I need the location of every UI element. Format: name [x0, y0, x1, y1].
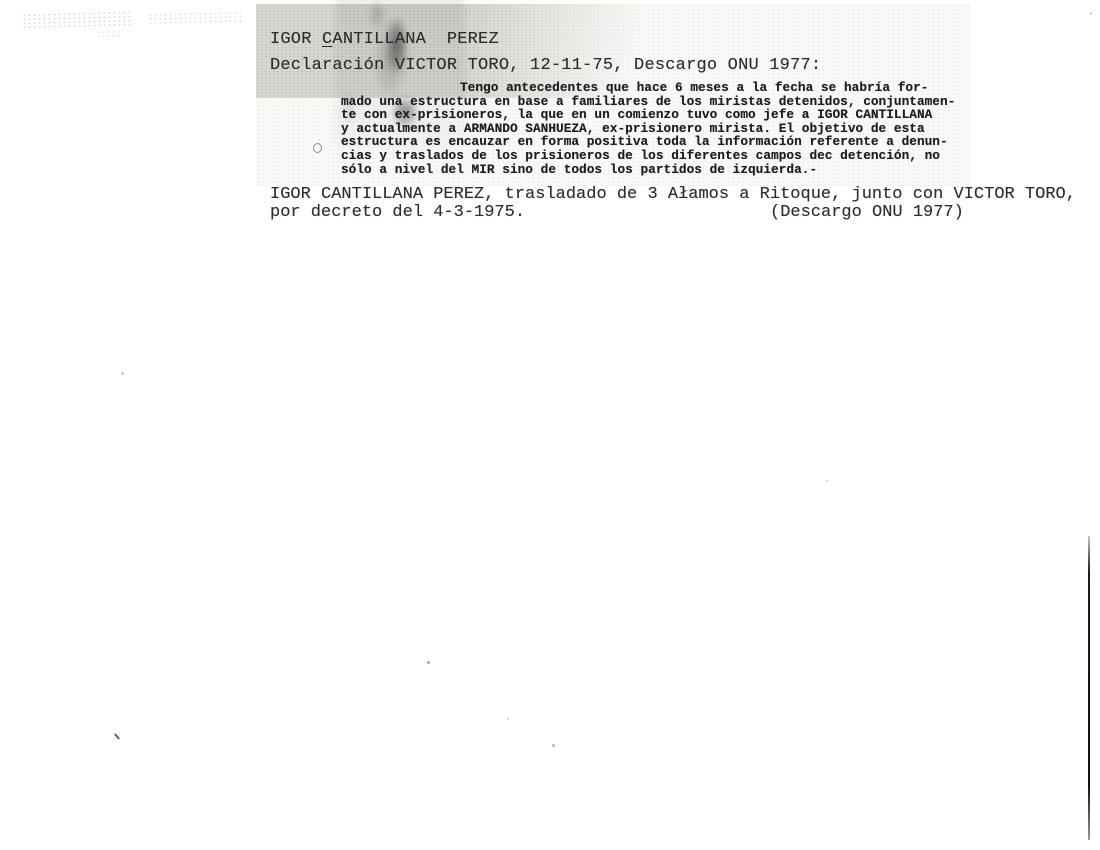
testimony-line: mado una estructura en base a familiares… — [341, 95, 989, 109]
dust-speck — [507, 718, 509, 720]
dust-speck — [1090, 12, 1092, 15]
transfer-note-line1: IGOR CANTILLANA PEREZ, trasladado de 3 A… — [270, 185, 1076, 204]
transfer-note-line2: por decreto del 4-3-1975.(Descargo ONU 1… — [270, 203, 1000, 222]
pencil-scribble — [22, 11, 132, 30]
dust-speck — [427, 661, 430, 664]
declaration-heading: Declaración VICTOR TORO, 12-11-75, Desca… — [270, 56, 821, 75]
detainee-name-rest: ANTILLANA PEREZ — [332, 30, 498, 49]
testimony-line: te con ex-prisioneros, la que en un comi… — [341, 108, 989, 122]
testimony-line: cias y traslados de los prisioneros de l… — [341, 149, 989, 163]
scanned-document-page: IGOR CANTILLANA PEREZ Declaración VICTOR… — [0, 0, 1100, 850]
testimony-excerpt: Tengo antecedentes que hace 6 meses a la… — [341, 81, 989, 176]
dust-speck — [826, 480, 828, 482]
pen-slash-mark — [114, 733, 120, 740]
detainee-name-underlined-letter: C — [322, 30, 332, 49]
detainee-name-pre: IGOR — [270, 30, 322, 49]
dust-speck — [121, 372, 124, 375]
detainee-name-heading: IGOR CANTILLANA PEREZ — [270, 30, 499, 49]
pencil-scribble — [148, 11, 244, 26]
dust-speck — [552, 744, 555, 747]
testimony-line: Tengo antecedentes que hace 6 meses a la… — [341, 81, 989, 95]
transfer-decree-text: por decreto del 4-3-1975. — [270, 203, 525, 222]
descargo-reference: (Descargo ONU 1977) — [770, 203, 964, 222]
pencil-scribble — [96, 30, 122, 40]
scanner-hairline-artifact — [1088, 536, 1090, 840]
testimony-line: estructura es encauzar en forma positiva… — [341, 135, 989, 149]
testimony-line: sólo a nivel del MIR sino de todos los p… — [341, 163, 989, 177]
testimony-line: y actualmente a ARMANDO SANHUEZA, ex-pri… — [341, 122, 989, 136]
